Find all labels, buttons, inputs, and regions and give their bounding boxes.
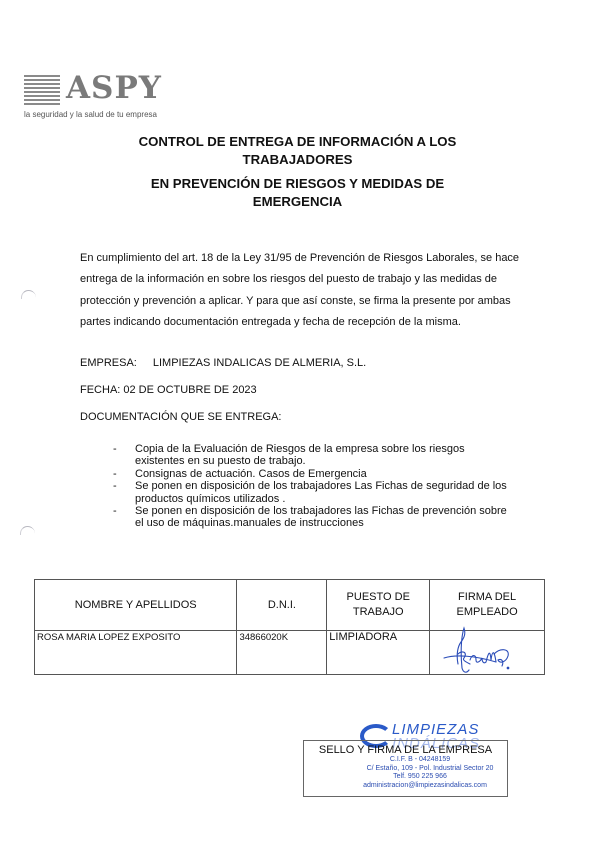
punch-hole-mark xyxy=(21,290,36,299)
cell-dni: 34866020K xyxy=(237,631,327,675)
list-item: Se ponen en disposición de los trabajado… xyxy=(113,505,513,530)
cell-puesto: LIMPIADORA xyxy=(327,631,430,675)
documentacion-list: Copia de la Evaluación de Riesgos de la … xyxy=(113,443,513,530)
table-header-row: NOMBRE Y APELLIDOS D.N.I. PUESTO DETRABA… xyxy=(35,580,545,631)
logo-tagline: la seguridad y la salud de tu empresa xyxy=(24,110,157,119)
employee-signature xyxy=(436,624,526,676)
documentacion-heading: DOCUMENTACIÓN QUE SE ENTREGA: xyxy=(80,411,281,423)
punch-hole-mark xyxy=(20,526,35,535)
document-title: CONTROL DE ENTREGA DE INFORMACIÓN A LOS … xyxy=(0,133,595,169)
empresa-value: LIMPIEZAS INDALICAS DE ALMERIA, S.L. xyxy=(153,357,366,369)
list-item: Copia de la Evaluación de Riesgos de la … xyxy=(113,443,513,468)
logo-wordmark: ASPY xyxy=(66,70,162,106)
logo-lines-icon xyxy=(24,75,60,105)
empresa-line: EMPRESA:LIMPIEZAS INDALICAS DE ALMERIA, … xyxy=(80,357,366,369)
header-firma: FIRMA DELEMPLEADO xyxy=(430,580,545,631)
cell-nombre: ROSA MARIA LOPEZ EXPOSITO xyxy=(35,631,237,675)
intro-paragraph: En cumplimiento del art. 18 de la Ley 31… xyxy=(80,248,520,333)
fecha-line: FECHA: 02 DE OCTUBRE DE 2023 xyxy=(80,384,257,396)
list-item: Consignas de actuación. Casos de Emergen… xyxy=(113,468,513,480)
header-dni: D.N.I. xyxy=(237,580,327,631)
stamp-email: administracion@limpiezasindalicas.com xyxy=(335,781,515,790)
header-nombre: NOMBRE Y APELLIDOS xyxy=(35,580,237,631)
header-puesto: PUESTO DETRABAJO xyxy=(327,580,430,631)
stamp-cif: C.I.F. B - 04248159 xyxy=(330,755,510,764)
empresa-label: EMPRESA: xyxy=(80,357,137,369)
document-subtitle: EN PREVENCIÓN DE RIESGOS Y MEDIDAS DE EM… xyxy=(0,175,595,211)
stamp-phone: Telf. 950 225 966 xyxy=(330,772,510,781)
list-item: Se ponen en disposición de los trabajado… xyxy=(113,480,513,505)
